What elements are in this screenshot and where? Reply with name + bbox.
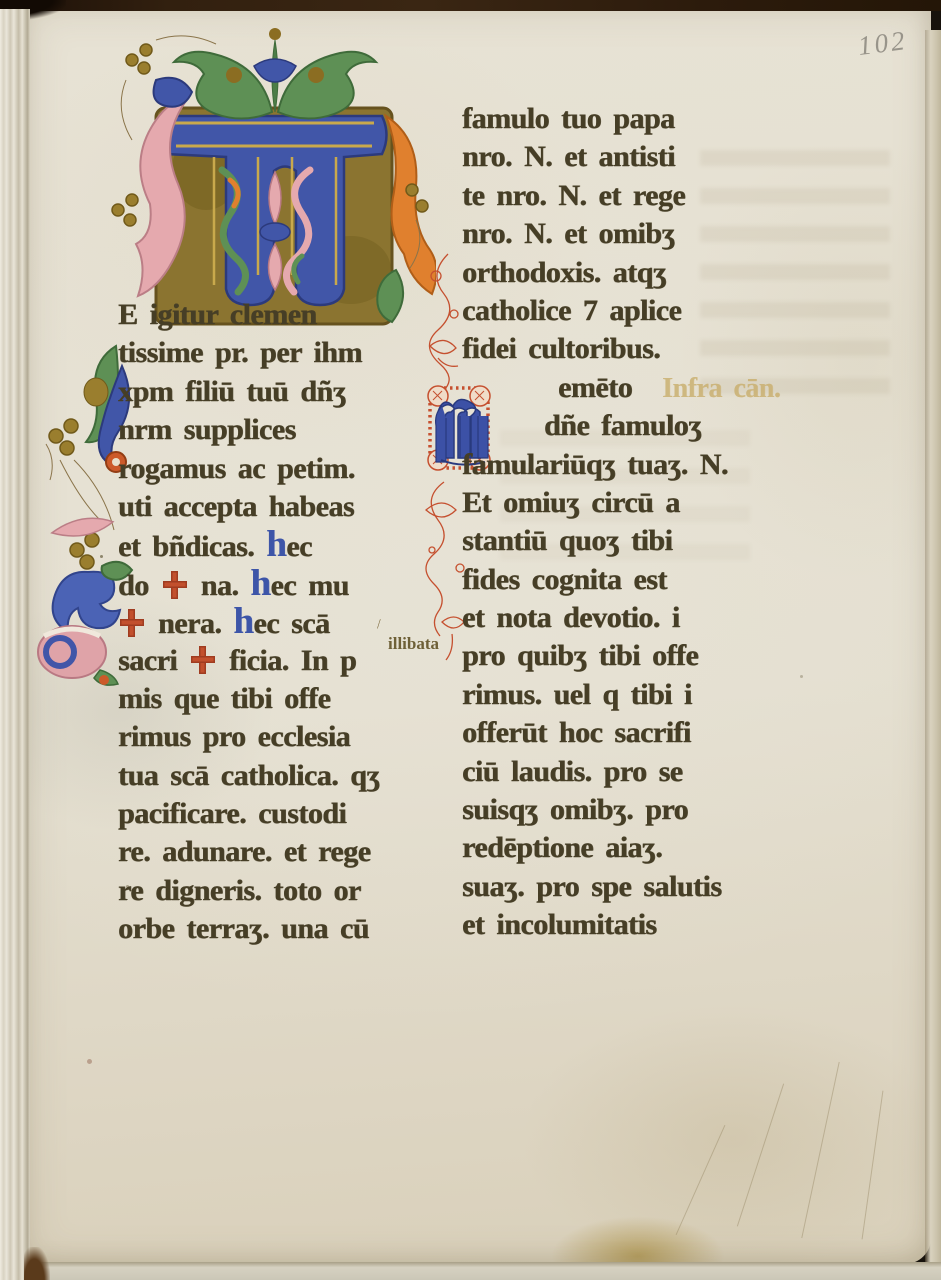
- text-segment: nrm supplices: [118, 413, 296, 446]
- text-line: rimus. uel q tibi i: [462, 676, 807, 714]
- text-segment: ec scā: [253, 607, 329, 640]
- text-segment: catholice 7 aplice: [462, 294, 681, 327]
- text-segment: suisqʒ omibʒ. pro: [462, 793, 688, 826]
- blessing-cross: ✠: [191, 646, 215, 674]
- text-line: Et omiuʒ circū a: [462, 484, 807, 522]
- text-line: offerūt hoc sacrifi: [462, 714, 807, 752]
- blue-versal-letter: h: [250, 563, 270, 604]
- text-segment: et incolumitatis: [462, 908, 656, 941]
- text-segment: famulariūqʒ tuaʒ. N.: [462, 448, 728, 481]
- text-segment: nro. N. et omibʒ: [462, 217, 675, 250]
- text-line: rimus pro ecclesia: [118, 718, 448, 756]
- fore-edge-pages: [925, 30, 941, 1280]
- text-line: redēptione aiaʒ.: [462, 829, 807, 867]
- text-line: E igitur clemen: [118, 296, 448, 334]
- text-segment: orbe terraʒ. una cū: [118, 912, 369, 945]
- text-segment: famulo tuo papa: [462, 102, 675, 135]
- text-segment: ciū laudis. pro se: [462, 755, 683, 788]
- text-line: nro. N. et omibʒ: [462, 215, 807, 253]
- text-segment: fidei cultoribus.: [462, 332, 660, 365]
- text-line: uti accepta habeas: [118, 488, 448, 526]
- blessing-cross: ✠: [120, 609, 144, 637]
- text-segment: ec: [286, 530, 312, 563]
- text-segment: rimus. uel q tibi i: [462, 678, 692, 711]
- text-segment: stantiū quoʒ tibi: [462, 524, 672, 557]
- text-line: fides cognita est: [462, 561, 807, 599]
- text-segment: dñe famuloʒ: [544, 409, 701, 442]
- text-segment: na.: [189, 569, 251, 602]
- text-line: et nota devotio. i: [462, 599, 807, 637]
- text-line: tissime pr. per ihm: [118, 334, 448, 372]
- blessing-cross: ✠: [163, 571, 187, 599]
- text-line: xpm filiū tuū dñʒ: [118, 373, 448, 411]
- text-segment: emēto: [558, 371, 632, 404]
- text-segment: redēptione aiaʒ.: [462, 831, 662, 864]
- text-segment: uti accepta habeas: [118, 490, 354, 523]
- text-line: rogamus ac petim.: [118, 450, 448, 488]
- text-segment: sacri: [118, 644, 189, 677]
- marginal-note-illibata: illibata: [388, 634, 439, 654]
- text-line: famulariūqʒ tuaʒ. N.: [462, 446, 807, 484]
- text-segment: ec mu: [270, 569, 348, 602]
- text-segment: mis que tibi offe: [118, 682, 330, 715]
- text-line: orthodoxis. atqʒ: [462, 254, 807, 292]
- text-line: famulo tuo papa: [462, 100, 807, 138]
- blue-versal-letter: h: [266, 524, 286, 565]
- text-segment: Et omiuʒ circū a: [462, 486, 680, 519]
- text-line: pro quibʒ tibi offe: [462, 637, 807, 675]
- text-segment: pacificare. custodi: [118, 797, 346, 830]
- text-segment: E igitur clemen: [118, 298, 317, 331]
- text-line: suisqʒ omibʒ. pro: [462, 791, 807, 829]
- text-segment: nera.: [146, 607, 233, 640]
- text-segment: do: [118, 569, 161, 602]
- binding-bottom-left: [24, 1247, 50, 1280]
- manuscript-photo: 102 T: [0, 0, 941, 1280]
- text-line: stantiū quoʒ tibi: [462, 522, 807, 560]
- blue-versal-letter: h: [233, 601, 253, 642]
- text-segment: re. adunare. et rege: [118, 835, 370, 868]
- text-segment: te nro. N. et rege: [462, 179, 685, 212]
- text-line: mis que tibi offe: [118, 680, 448, 718]
- text-segment: suaʒ. pro spe salutis: [462, 870, 721, 903]
- text-segment: orthodoxis. atqʒ: [462, 256, 666, 289]
- text-line: suaʒ. pro spe salutis: [462, 868, 807, 906]
- text-segment: xpm filiū tuū dñʒ: [118, 375, 346, 408]
- bottom-page-edge: [30, 1262, 941, 1280]
- text-line: et bñdicas. hec: [118, 526, 448, 564]
- text-line: tua scā catholica. qʒ: [118, 757, 448, 795]
- text-segment: et nota devotio. i: [462, 601, 680, 634]
- text-line: dñe famuloʒ: [462, 407, 807, 445]
- left-text-column: E igitur clementissime pr. per ihmxpm fi…: [118, 296, 448, 949]
- text-line: emētoInfra cān.: [462, 369, 807, 407]
- text-line: nro. N. et antisti: [462, 138, 807, 176]
- right-text-column: famulo tuo papanro. N. et antistite nro.…: [462, 100, 807, 945]
- text-segment: offerūt hoc sacrifi: [462, 716, 691, 749]
- text-segment: rimus pro ecclesia: [118, 720, 350, 753]
- gutter-page-edges: [0, 9, 30, 1280]
- text-line: do ✠ na. hec mu: [118, 565, 448, 603]
- text-line: fidei cultoribus.: [462, 330, 807, 368]
- parchment-specks: [100, 555, 103, 558]
- text-segment: fides cognita est: [462, 563, 667, 596]
- text-line: nrm supplices: [118, 411, 448, 449]
- text-segment: tua scā catholica. qʒ: [118, 759, 380, 792]
- text-line: ciū laudis. pro se: [462, 753, 807, 791]
- text-segment: re digneris. toto or: [118, 874, 361, 907]
- text-segment: tissime pr. per ihm: [118, 336, 362, 369]
- text-line: te nro. N. et rege: [462, 177, 807, 215]
- text-line: re digneris. toto or: [118, 872, 448, 910]
- text-segment: nro. N. et antisti: [462, 140, 675, 173]
- text-segment: ficia. In p: [217, 644, 356, 677]
- text-segment: pro quibʒ tibi offe: [462, 639, 698, 672]
- text-segment: et bñdicas.: [118, 530, 266, 563]
- text-line: catholice 7 aplice: [462, 292, 807, 330]
- text-line: re. adunare. et rege: [118, 833, 448, 871]
- folio-number: 102: [856, 25, 909, 62]
- text-line: orbe terraʒ. una cū: [118, 910, 448, 948]
- text-line: pacificare. custodi: [118, 795, 448, 833]
- binding-top-edge: [0, 0, 941, 11]
- text-line: et incolumitatis: [462, 906, 807, 944]
- text-segment: rogamus ac petim.: [118, 452, 355, 485]
- faded-rubric: Infra cān.: [662, 373, 780, 404]
